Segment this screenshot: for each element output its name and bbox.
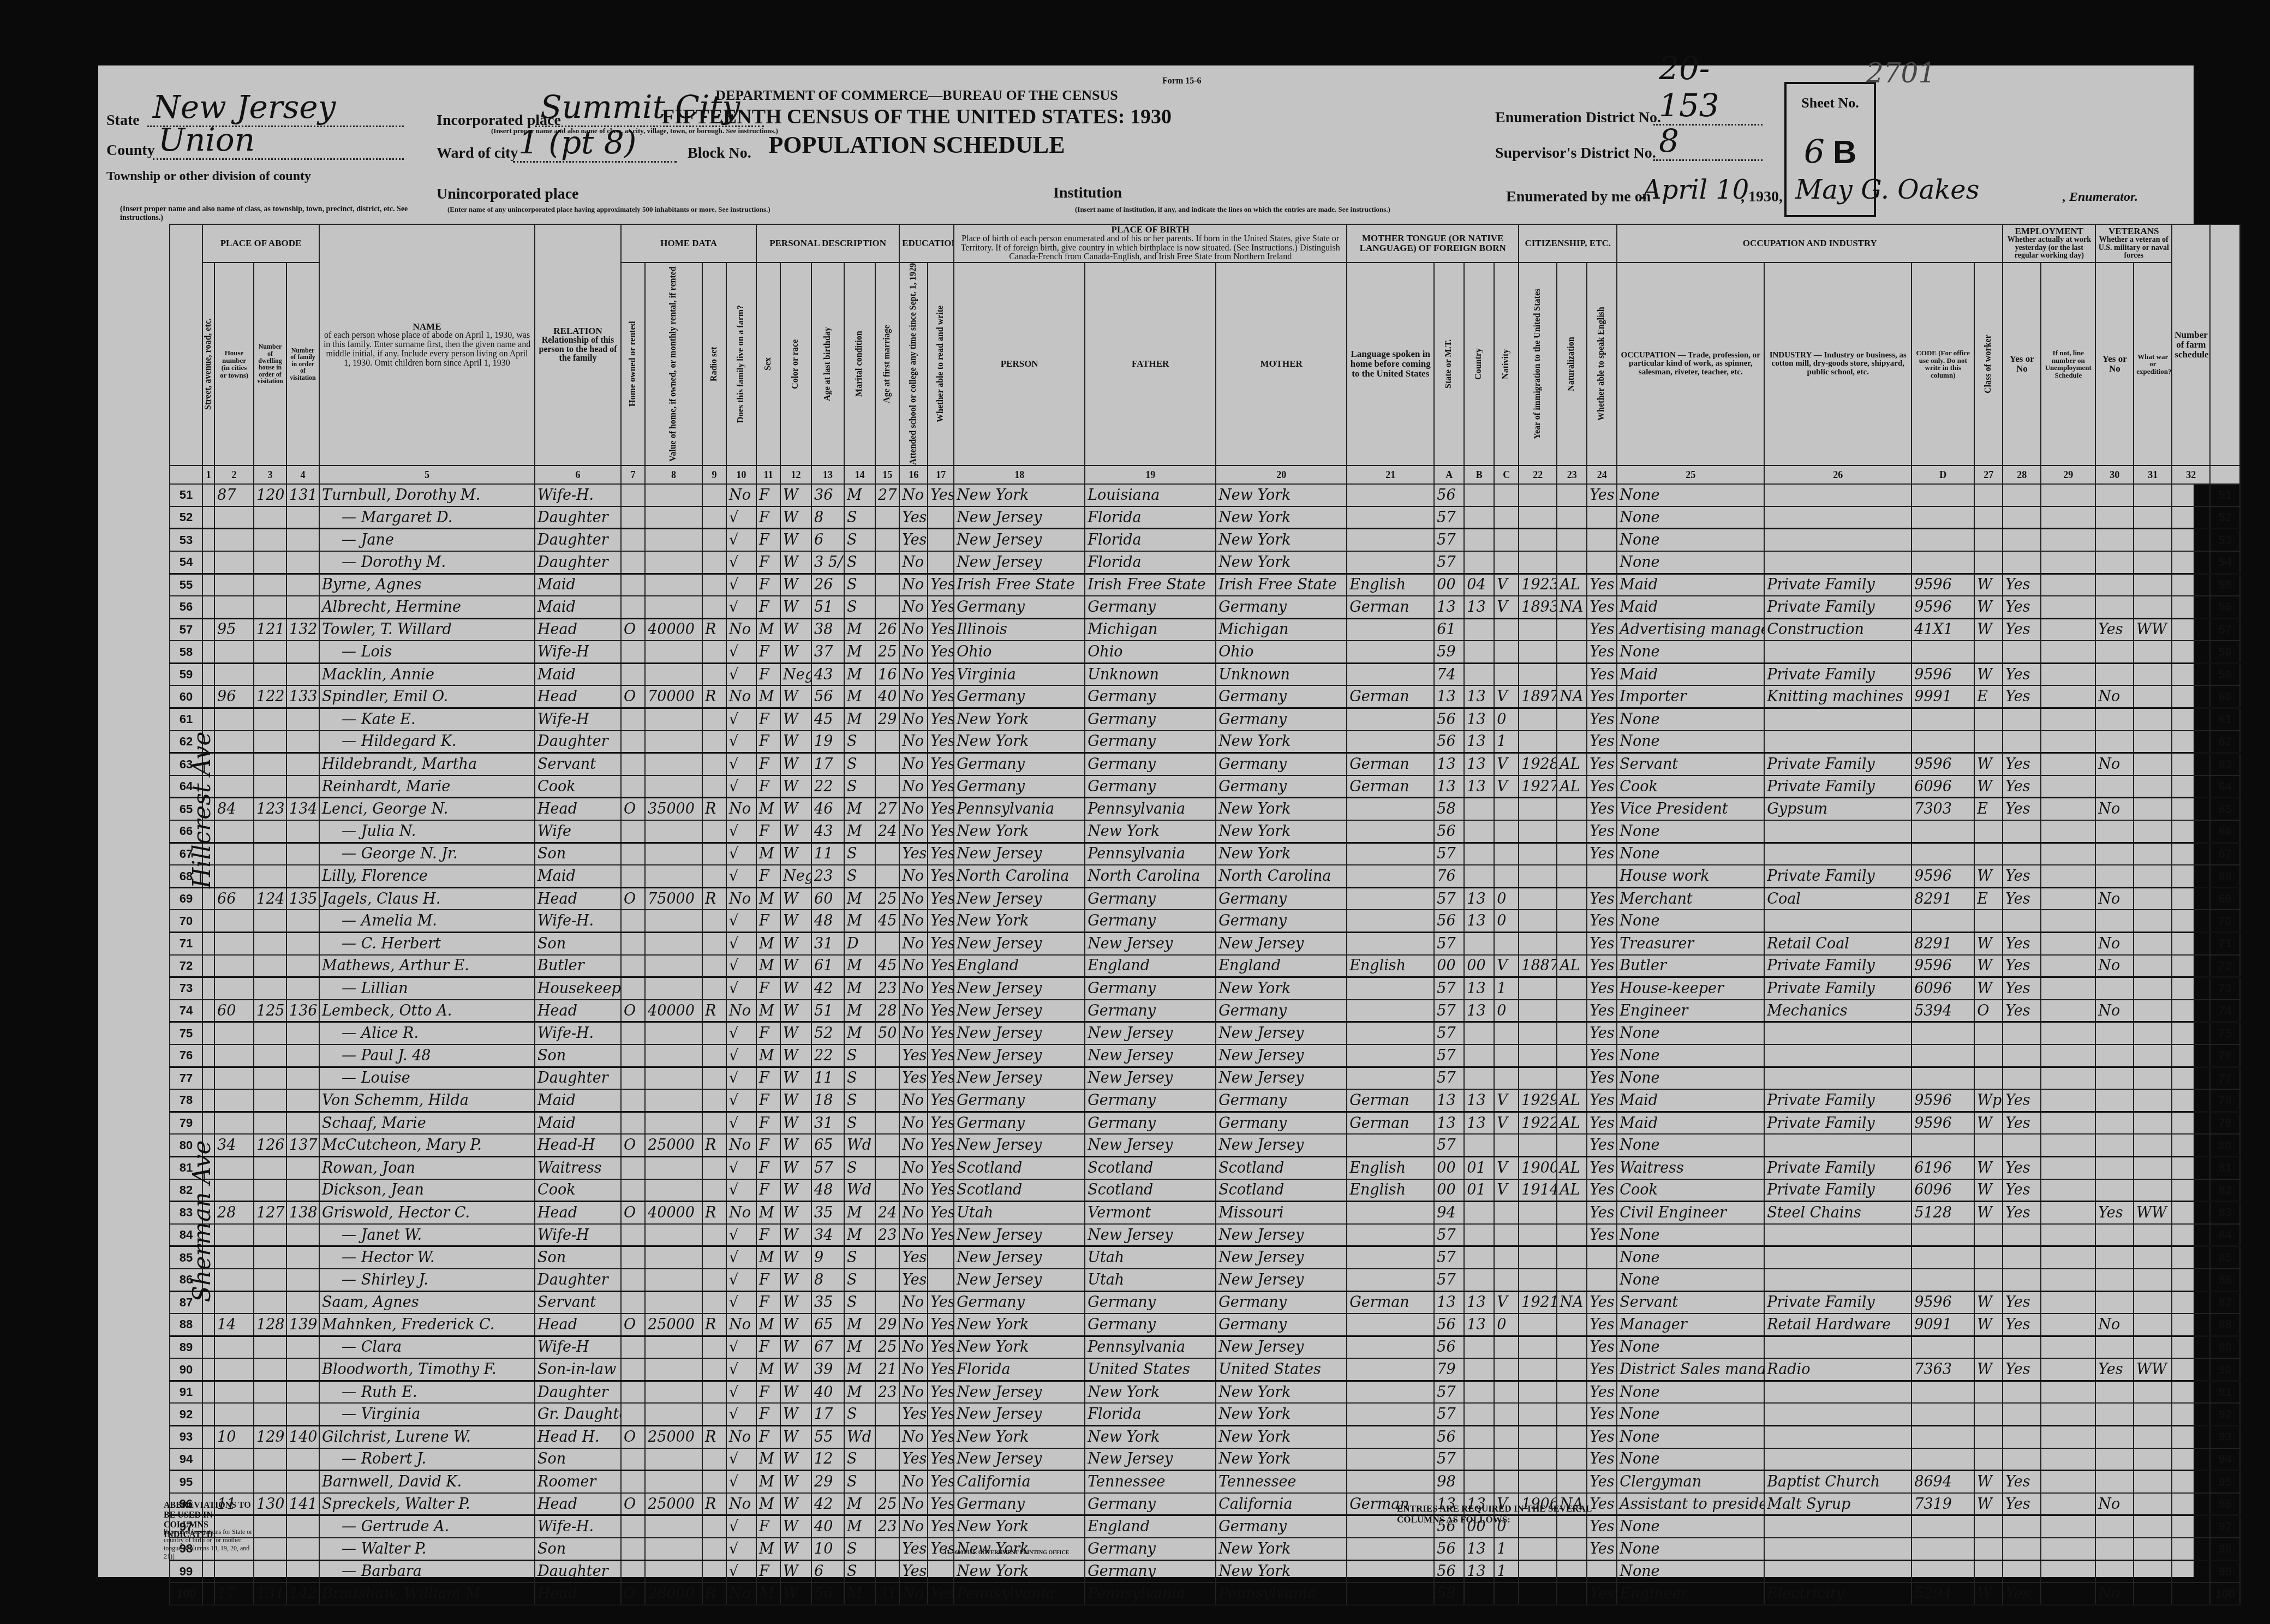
code-c	[1494, 1044, 1519, 1067]
mother-birthplace: New Jersey	[1216, 1336, 1347, 1358]
radio-set: R	[702, 1000, 726, 1022]
class-of-worker: W	[1974, 1179, 2003, 1202]
industry	[1764, 820, 1911, 843]
radio-set	[702, 1448, 726, 1471]
mother-birthplace: Germany	[1216, 708, 1347, 731]
age-at-marriage	[875, 1156, 899, 1179]
code-d	[1911, 820, 1974, 843]
birthplace: New Jersey	[954, 1134, 1085, 1156]
age: 31	[811, 1112, 844, 1134]
father-birthplace: Florida	[1085, 529, 1216, 551]
sex: F	[756, 977, 780, 1000]
war	[2134, 1269, 2172, 1291]
table-row: 63Hildebrandt, MarthaServant√FW17SNoYesG…	[170, 753, 2240, 775]
code-d	[1911, 1044, 1974, 1067]
code-d: 9596	[1911, 1089, 1974, 1112]
home-value: 40000	[645, 1202, 702, 1224]
column-number: 8	[645, 465, 702, 484]
farm: √	[726, 843, 756, 865]
at-work: Yes	[2003, 753, 2041, 775]
unemployment-line	[2041, 843, 2095, 865]
home-value	[645, 529, 702, 551]
column-number: 21	[1347, 465, 1434, 484]
marital-status: M	[844, 1313, 875, 1336]
farm-schedule	[2172, 1291, 2210, 1313]
occupation: Servant	[1617, 1291, 1764, 1313]
war	[2134, 1538, 2172, 1560]
naturalization: NA	[1557, 596, 1587, 618]
radio-set	[702, 596, 726, 618]
attended-school: Yes	[899, 1246, 928, 1269]
naturalization	[1557, 506, 1587, 529]
age-at-marriage	[875, 753, 899, 775]
house-number	[214, 977, 254, 1000]
line-number: 77	[170, 1067, 202, 1089]
person-name: — Hector W.	[319, 1246, 535, 1269]
birthplace: New York	[954, 820, 1085, 843]
mother-birthplace: Scotland	[1216, 1156, 1347, 1179]
at-work: Yes	[2003, 618, 2041, 641]
mother-birthplace: Pennsylvania	[1216, 1583, 1347, 1605]
code-c: V	[1494, 596, 1519, 618]
naturalization	[1557, 1022, 1587, 1044]
sex: M	[756, 887, 780, 910]
age-at-marriage	[875, 1112, 899, 1134]
line-number-right: 69	[2210, 887, 2240, 910]
house-number	[214, 551, 254, 574]
speaks-english: Yes	[1587, 618, 1617, 641]
birthplace: New Jersey	[954, 1246, 1085, 1269]
home-value	[645, 1179, 702, 1202]
family-number	[286, 955, 319, 977]
father-birthplace: Pennsylvania	[1085, 1336, 1216, 1358]
race: W	[780, 1448, 811, 1471]
column-number-row: 123456789101112131415161718192021ABC2223…	[170, 465, 2240, 484]
farm-schedule	[2172, 1156, 2210, 1179]
mother-birthplace: New York	[1216, 484, 1347, 506]
person-name: — Lois	[319, 641, 535, 663]
class-of-worker	[1974, 1448, 2003, 1471]
table-row: 5187120131Turnbull, Dorothy M.Wife-H.NoF…	[170, 484, 2240, 506]
home-owned	[621, 1246, 645, 1269]
marital-status: M	[844, 484, 875, 506]
sex: F	[756, 1067, 780, 1089]
attended-school: No	[899, 820, 928, 843]
birthplace: New Jersey	[954, 1022, 1085, 1044]
birthplace: New York	[954, 910, 1085, 932]
line-number-right: 60	[2210, 685, 2240, 708]
age-at-marriage: 23	[875, 977, 899, 1000]
marital-status: S	[844, 1291, 875, 1313]
industry	[1764, 1067, 1911, 1089]
code-d: 9991	[1911, 685, 1974, 708]
relation: Daughter	[535, 1381, 621, 1403]
radio-set: R	[702, 1583, 726, 1605]
unemployment-line	[2041, 1000, 2095, 1022]
farm: √	[726, 1246, 756, 1269]
column-number: 2	[214, 465, 254, 484]
at-work	[2003, 529, 2041, 551]
person-name: — Robert J.	[319, 1448, 535, 1471]
relation: Wife-H.	[535, 910, 621, 932]
table-row: 84— Janet W.Wife-H√FW34M23NoYesNew Jerse…	[170, 1224, 2240, 1246]
immigration-year	[1519, 1134, 1557, 1156]
family-number	[286, 1471, 319, 1493]
person-name: — Dorothy M.	[319, 551, 535, 574]
attended-school: No	[899, 1224, 928, 1246]
street-cell	[202, 506, 214, 529]
can-read-write: Yes	[928, 1358, 954, 1381]
sex: M	[756, 955, 780, 977]
age-at-marriage	[875, 596, 899, 618]
radio-set	[702, 753, 726, 775]
occupation: Clergyman	[1617, 1471, 1764, 1493]
table-row: 10017131142Bradshaw, William M.HeadO2800…	[170, 1583, 2240, 1605]
industry: Mechanics	[1764, 1000, 1911, 1022]
age-at-marriage	[875, 1426, 899, 1448]
dwelling-number	[254, 1022, 286, 1044]
farm-schedule	[2172, 663, 2210, 685]
table-row: 71— C. HerbertSon√MW31DNoYesNew JerseyNe…	[170, 933, 2240, 955]
occupation: Maid	[1617, 1089, 1764, 1112]
code-b	[1464, 484, 1494, 506]
family-number	[286, 1179, 319, 1202]
table-row: 91— Ruth E.Daughter√FW40M23NoYesNew Jers…	[170, 1381, 2240, 1403]
col-31-header: What war or expedition?	[2134, 262, 2172, 465]
printer-note: 15—6907 U.S. GOVERNMENT PRINTING OFFICE	[944, 1550, 1069, 1556]
speaks-english: Yes	[1587, 843, 1617, 865]
relation: Son	[535, 1246, 621, 1269]
industry	[1764, 641, 1911, 663]
home-owned: O	[621, 1313, 645, 1336]
race: W	[780, 551, 811, 574]
sd-field: 8	[1653, 126, 1763, 161]
dwelling-number: 128	[254, 1313, 286, 1336]
family-number	[286, 1269, 319, 1291]
line-number-right: 63	[2210, 753, 2240, 775]
family-number	[286, 775, 319, 798]
house-number	[214, 1246, 254, 1269]
can-read-write: Yes	[928, 663, 954, 685]
birthplace: California	[954, 1471, 1085, 1493]
can-read-write: Yes	[928, 1426, 954, 1448]
father-birthplace: Germany	[1085, 910, 1216, 932]
table-row: 59Macklin, AnnieMaid√FNeg43M16NoYesVirgi…	[170, 663, 2240, 685]
at-work: Yes	[2003, 1089, 2041, 1112]
code-c	[1494, 820, 1519, 843]
farm-schedule	[2172, 708, 2210, 731]
class-of-worker: W	[1974, 618, 2003, 641]
line-number: 57	[170, 618, 202, 641]
birthplace: Germany	[954, 753, 1085, 775]
house-number: 96	[214, 685, 254, 708]
relation: Maid	[535, 1112, 621, 1134]
col-8-header: Value of home, if owned, or monthly rent…	[645, 262, 702, 465]
code-d: 5294	[1911, 1583, 1974, 1605]
house-number	[214, 820, 254, 843]
line-number-right: 59	[2210, 663, 2240, 685]
mother-tongue	[1347, 933, 1434, 955]
home-owned	[621, 865, 645, 887]
class-of-worker	[1974, 1403, 2003, 1425]
home-owned: O	[621, 887, 645, 910]
can-read-write: Yes	[928, 1381, 954, 1403]
family-number	[286, 1448, 319, 1471]
occupation: None	[1617, 641, 1764, 663]
family-number: 138	[286, 1202, 319, 1224]
birthplace: Germany	[954, 1112, 1085, 1134]
street-cell	[202, 1583, 214, 1605]
code-c	[1494, 618, 1519, 641]
father-birthplace: Irish Free State	[1085, 574, 1216, 596]
occupation: None	[1617, 843, 1764, 865]
immigration-year	[1519, 1246, 1557, 1269]
table-row: 56Albrecht, HermineMaid√FW51SNoYesGerman…	[170, 596, 2240, 618]
industry	[1764, 551, 1911, 574]
at-work: Yes	[2003, 1156, 2041, 1179]
home-value: 25000	[645, 1426, 702, 1448]
father-birthplace: Germany	[1085, 1089, 1216, 1112]
family-number	[286, 1381, 319, 1403]
race: W	[780, 1179, 811, 1202]
street-cell	[202, 484, 214, 506]
code-a: 13	[1434, 753, 1464, 775]
naturalization: NA	[1557, 685, 1587, 708]
dwelling-number: 125	[254, 1000, 286, 1022]
person-name: — C. Herbert	[319, 933, 535, 955]
class-of-worker: W	[1974, 596, 2003, 618]
home-owned	[621, 843, 645, 865]
immigration-year	[1519, 618, 1557, 641]
line-number: 52	[170, 506, 202, 529]
speaks-english: Yes	[1587, 1381, 1617, 1403]
code-c	[1494, 1246, 1519, 1269]
unemployment-line	[2041, 1291, 2095, 1313]
code-a: 56	[1434, 910, 1464, 932]
class-of-worker	[1974, 1426, 2003, 1448]
immigration-year: 1887	[1519, 955, 1557, 977]
occupation: None	[1617, 1044, 1764, 1067]
code-b: 01	[1464, 1179, 1494, 1202]
veteran	[2095, 1156, 2134, 1179]
industry: Private Family	[1764, 977, 1911, 1000]
father-birthplace: Germany	[1085, 887, 1216, 910]
code-d	[1911, 1134, 1974, 1156]
col-22-header: Year of immigration to the United States	[1519, 262, 1557, 465]
house-number	[214, 1067, 254, 1089]
home-owned	[621, 977, 645, 1000]
war	[2134, 933, 2172, 955]
can-read-write: Yes	[928, 484, 954, 506]
occupation: Maid	[1617, 663, 1764, 685]
person-name: — Julia N.	[319, 820, 535, 843]
code-b	[1464, 843, 1494, 865]
attended-school: Yes	[899, 1044, 928, 1067]
relation: Head	[535, 1313, 621, 1336]
attended-school: No	[899, 1202, 928, 1224]
marital-status: M	[844, 1000, 875, 1022]
sheet-number: 6	[1804, 133, 1825, 171]
age-at-marriage	[875, 506, 899, 529]
relation: Maid	[535, 596, 621, 618]
house-number	[214, 1089, 254, 1112]
attended-school: No	[899, 1313, 928, 1336]
mother-birthplace: New York	[1216, 820, 1347, 843]
mother-tongue	[1347, 1358, 1434, 1381]
home-value	[645, 641, 702, 663]
occupation: None	[1617, 529, 1764, 551]
veteran	[2095, 1112, 2134, 1134]
code-a: 57	[1434, 1269, 1464, 1291]
birthplace: New York	[954, 1336, 1085, 1358]
immigration-year: 1928	[1519, 753, 1557, 775]
col-25-header: OCCUPATION — Trade, profession, or parti…	[1617, 262, 1764, 465]
home-owned: O	[621, 1202, 645, 1224]
war	[2134, 1022, 2172, 1044]
mother-birthplace: United States	[1216, 1358, 1347, 1381]
immigration-year	[1519, 484, 1557, 506]
marital-status: Wd	[844, 1426, 875, 1448]
occupation: None	[1617, 910, 1764, 932]
marital-status: S	[844, 1112, 875, 1134]
war	[2134, 1112, 2172, 1134]
code-d: 9596	[1911, 596, 1974, 618]
occupation: None	[1617, 708, 1764, 731]
age: 11	[811, 1067, 844, 1089]
age-at-marriage	[875, 1403, 899, 1425]
mother-tongue	[1347, 1583, 1434, 1605]
speaks-english: Yes	[1587, 955, 1617, 977]
column-number: 27	[1974, 465, 2003, 484]
speaks-english: Yes	[1587, 1202, 1617, 1224]
line-number-right: 67	[2210, 843, 2240, 865]
speaks-english: Yes	[1587, 1112, 1617, 1134]
col-20-header: MOTHER	[1216, 262, 1347, 465]
home-owned	[621, 775, 645, 798]
relation: Roomer	[535, 1471, 621, 1493]
attended-school: No	[899, 1179, 928, 1202]
person-name: Saam, Agnes	[319, 1291, 535, 1313]
mother-birthplace: New Jersey	[1216, 1269, 1347, 1291]
line-number-right: 84	[2210, 1224, 2240, 1246]
speaks-english: Yes	[1587, 1336, 1617, 1358]
col-11-header: Sex	[756, 262, 780, 465]
immigration-year	[1519, 1358, 1557, 1381]
table-row: 73— LillianHousekeeper√FW42M23NoYesNew J…	[170, 977, 2240, 1000]
sex: F	[756, 1403, 780, 1425]
war	[2134, 663, 2172, 685]
home-owned	[621, 955, 645, 977]
birthplace: New Jersey	[954, 887, 1085, 910]
at-work	[2003, 641, 2041, 663]
age-at-marriage: 28	[875, 1000, 899, 1022]
industry: Private Family	[1764, 574, 1911, 596]
class-of-worker	[1974, 910, 2003, 932]
dwelling-number	[254, 551, 286, 574]
industry: Coal	[1764, 887, 1911, 910]
race: W	[780, 1336, 811, 1358]
col-24-header: Whether able to speak English	[1587, 262, 1617, 465]
home-value: 25000	[645, 1134, 702, 1156]
occupation: None	[1617, 1381, 1764, 1403]
relation: Daughter	[535, 506, 621, 529]
table-row: 70— Amelia M.Wife-H.√FW48M45NoYesNew Yor…	[170, 910, 2240, 932]
form-number: Form 15-6	[1162, 76, 1202, 86]
war	[2134, 1291, 2172, 1313]
family-number	[286, 1112, 319, 1134]
code-c	[1494, 484, 1519, 506]
industry: Radio	[1764, 1358, 1911, 1381]
age-at-marriage: 23	[875, 1381, 899, 1403]
veteran: No	[2095, 887, 2134, 910]
home-owned: O	[621, 1000, 645, 1022]
code-d	[1911, 641, 1974, 663]
father-birthplace: Germany	[1085, 1000, 1216, 1022]
attended-school: No	[899, 775, 928, 798]
attended-school: No	[899, 1336, 928, 1358]
house-number: 17	[214, 1583, 254, 1605]
class-of-worker: W	[1974, 1471, 2003, 1493]
sex: F	[756, 753, 780, 775]
relation: Head	[535, 798, 621, 820]
speaks-english: Yes	[1587, 1291, 1617, 1313]
farm-schedule	[2172, 1560, 2210, 1583]
father-birthplace: New Jersey	[1085, 1044, 1216, 1067]
family-number	[286, 1044, 319, 1067]
home-owned	[621, 1067, 645, 1089]
birthplace: New Jersey	[954, 1381, 1085, 1403]
person-name: — Janet W.	[319, 1224, 535, 1246]
line-number: 76	[170, 1044, 202, 1067]
class-of-worker: W	[1974, 1156, 2003, 1179]
mother-birthplace: Germany	[1216, 887, 1347, 910]
immigration-year: 1897	[1519, 685, 1557, 708]
age-at-marriage: 26	[875, 618, 899, 641]
marital-status: D	[844, 933, 875, 955]
code-b: 13	[1464, 1112, 1494, 1134]
veteran	[2095, 1067, 2134, 1089]
line-number-right: 94	[2210, 1448, 2240, 1471]
speaks-english: Yes	[1587, 1426, 1617, 1448]
can-read-write: Yes	[928, 1403, 954, 1425]
father-birthplace: Pennsylvania	[1085, 1583, 1216, 1605]
family-number	[286, 1156, 319, 1179]
person-name: Bradshaw, William M.	[319, 1583, 535, 1605]
veteran	[2095, 1403, 2134, 1425]
farm-schedule	[2172, 529, 2210, 551]
mother-tongue: English	[1347, 574, 1434, 596]
veteran	[2095, 484, 2134, 506]
radio-set: R	[702, 685, 726, 708]
code-a: 57	[1434, 1448, 1464, 1471]
attended-school: No	[899, 1381, 928, 1403]
naturalization: AL	[1557, 1156, 1587, 1179]
radio-set	[702, 843, 726, 865]
code-a: 94	[1434, 1202, 1464, 1224]
mother-tongue	[1347, 977, 1434, 1000]
age-at-marriage	[875, 1291, 899, 1313]
race: W	[780, 618, 811, 641]
father-birthplace: Germany	[1085, 685, 1216, 708]
house-number	[214, 955, 254, 977]
code-d: 9596	[1911, 955, 1974, 977]
dwelling-number	[254, 1336, 286, 1358]
code-b	[1464, 641, 1494, 663]
marital-status: S	[844, 506, 875, 529]
attended-school: Yes	[899, 1403, 928, 1425]
sex: M	[756, 1000, 780, 1022]
class-of-worker	[1974, 731, 2003, 753]
